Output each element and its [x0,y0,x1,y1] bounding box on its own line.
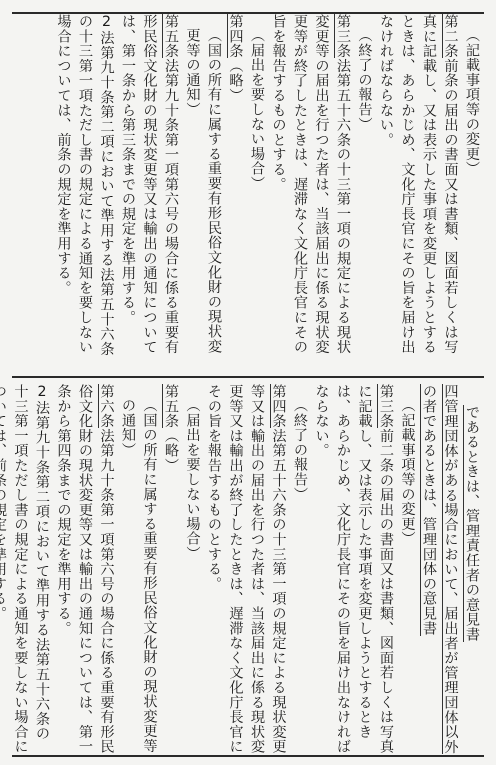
paragraph-number: 2 [99,14,115,31]
article-label: 第五条 [162,384,179,428]
article-4: 第四条法第五十六条の十三第一項の規定による現状変更等又は輸出の届出を行つた者は、… [203,384,289,754]
paragraph-number: 2 [34,384,50,401]
heading-text: （終了の報告） [292,398,308,502]
item-label: 四 [442,384,459,399]
article-label: 第三条 [377,384,394,428]
article-2: 第二条前条の届出の書面又は書類、図面若しくは写真に記載し、又は表示した事項を変更… [375,14,461,366]
paragraph-text: 法第九十条第二項において準用する法第五十六条の十三第一項ただし書の規定による通知… [56,14,115,356]
heading-shuryo-hokoku: （終了の報告） [289,384,311,754]
continuation-line: であるときは、管理責任者の意見書 [463,405,480,642]
article-text: 法第五十六条の十三第一項の規定による現状変更等又は輸出の届出を行つた者は、当該届… [206,384,287,754]
article-label: 第六条 [98,384,115,428]
heading-text: （国の所有に属する重要有形民俗文化財の現状変更等の通知） [120,398,158,753]
article-text: （略） [163,428,179,472]
article-6: 第六条法第九十条第一項第六号の場合に係る重要有形民俗文化財の現状変更等又は輸出の… [52,384,117,754]
continuation-text: であるときは、管理責任者の意見書 [461,384,483,754]
article-5: 第五条法第九十条第一項第六号の場合に係る重要有形民俗文化財の現状変更等又は輸出の… [117,14,182,366]
heading-text: （記載事項等の変更） [400,398,416,546]
paragraph-text: 法第九十条第二項において準用する法第五十六条の十三第一項ただし書の規定による通知… [0,384,50,754]
article-text: 法第五十六条の十三第一項の規定による現状変更等の届出を行つた者は、当該届出に係る… [271,14,352,354]
article-text: 法第九十条第一項第六号の場合に係る重要有形民俗文化財の現状変更等又は輸出の通知に… [56,384,115,754]
item-text: 管理団体がある場合において、届出者が管理団体以外の者であるときは、管理団体の意見… [420,384,459,754]
heading-text: （記載事項等の変更） [464,28,480,176]
article-text: 前二条の届出の書面又は書類、図面若しくは写真に記載し、又は表示した事項を変更しよ… [314,384,395,754]
article-4: 第四条（略） [224,14,246,366]
paragraph-2: 2法第九十条第二項において準用する法第五十六条の十三第一項ただし書の規定による通… [52,14,117,366]
heading-shuryo-hokoku: （終了の報告） [353,14,375,366]
article-label: 第四条 [227,14,244,58]
paragraph-2: 2法第九十条第二項において準用する法第五十六条の十三第一項ただし書の規定による通… [0,384,52,754]
heading-todokede-fuyo: （届出を要しない場合） [181,384,203,754]
article-3: 第三条法第五十六条の十三第一項の規定による現状変更等の届出を行つた者は、当該届出… [267,14,353,366]
heading-text: （国の所有に属する重要有形民俗文化財の現状変更等の通知） [185,28,223,354]
article-text: （略） [228,58,244,102]
article-label: 第四条 [270,384,287,428]
article-3: 第三条前二条の届出の書面又は書類、図面若しくは写真に記載し、又は表示した事項を変… [310,384,396,754]
heading-kisai-henko: （記載事項等の変更） [396,384,418,754]
upper-section: （記載事項等の変更） 第二条前条の届出の書面又は書類、図面若しくは写真に記載し、… [14,14,482,366]
heading-text: （終了の報告） [357,28,373,132]
lower-section: であるときは、管理責任者の意見書 四管理団体がある場合において、届出者が管理団体… [14,384,482,754]
article-5: 第五条（略） [160,384,182,754]
heading-kuni-shoyu: （国の所有に属する重要有形民俗文化財の現状変更等の通知） [181,14,224,366]
heading-text: （届出を要しない場合） [185,398,201,561]
heading-todokede-fuyo: （届出を要しない場合） [246,14,268,366]
article-text: 前条の届出の書面又は書類、図面若しくは写真に記載し、又は表示した事項を変更しよう… [378,14,459,354]
heading-text: （届出を要しない場合） [249,28,265,191]
article-label: 第二条 [442,14,459,58]
item-4: 四管理団体がある場合において、届出者が管理団体以外の者であるときは、管理団体の意… [418,384,461,754]
heading-kisai-henko: （記載事項等の変更） [461,14,483,366]
bottom-rule [12,755,484,757]
article-text: 法第九十条第一項第六号の場合に係る重要有形民俗文化財の現状変更等又は輸出の通知に… [120,14,179,354]
article-label: 第五条 [162,14,179,58]
middle-rule [12,376,484,378]
heading-kuni-shoyu: （国の所有に属する重要有形民俗文化財の現状変更等の通知） [117,384,160,754]
article-label: 第三条 [334,14,351,58]
